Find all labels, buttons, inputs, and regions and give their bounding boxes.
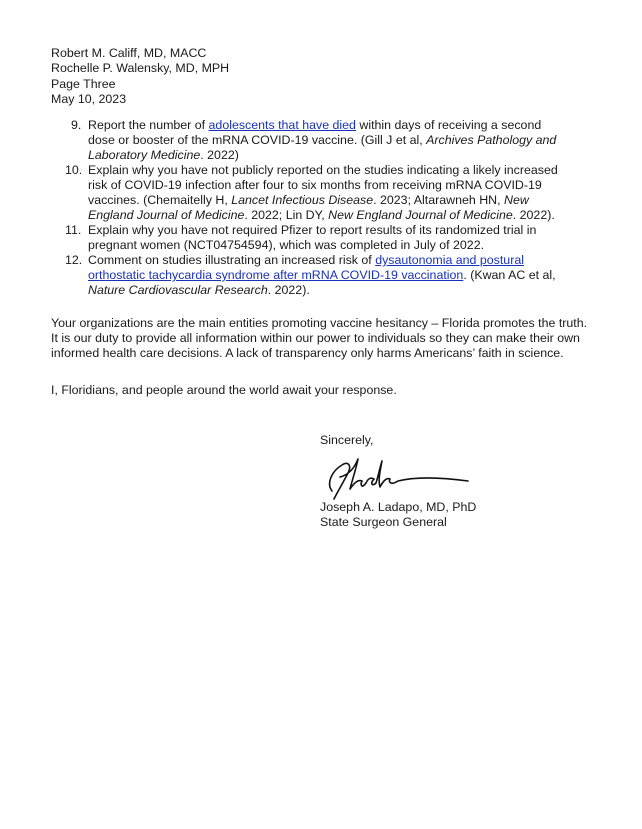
item-text: Report the number of bbox=[88, 118, 209, 132]
recipient-2: Rochelle P. Walensky, MD, MPH bbox=[51, 61, 229, 76]
item-text: Explain why you have not required Pfizer… bbox=[88, 223, 536, 252]
item-text: . 2022) bbox=[200, 148, 239, 162]
adolescents-died-link[interactable]: adolescents that have died bbox=[209, 118, 356, 132]
page-label: Page Three bbox=[51, 77, 229, 92]
item-number: 10. bbox=[65, 163, 87, 178]
list-item: 10. Explain why you have not publicly re… bbox=[65, 163, 565, 223]
item-number: 9. bbox=[71, 118, 93, 133]
item-text: . 2023; Altarawneh HN, bbox=[373, 193, 504, 207]
request-list: 9. Report the number of adolescents that… bbox=[65, 118, 565, 298]
journal-title: Lancet Infectious Disease bbox=[231, 193, 373, 207]
item-text: . 2022). bbox=[268, 283, 310, 297]
closing-salutation: Sincerely, bbox=[320, 433, 373, 448]
signer-title: State Surgeon General bbox=[320, 515, 476, 530]
list-item: 9. Report the number of adolescents that… bbox=[65, 118, 565, 163]
signer-name: Joseph A. Ladapo, MD, PhD bbox=[320, 500, 476, 515]
item-text: . (Kwan AC et al, bbox=[463, 268, 555, 282]
item-number: 11. bbox=[65, 223, 87, 238]
handwritten-signature bbox=[318, 447, 478, 507]
item-text: . 2022). bbox=[513, 208, 555, 222]
letter-header: Robert M. Califf, MD, MACC Rochelle P. W… bbox=[51, 46, 229, 107]
letter-date: May 10, 2023 bbox=[51, 92, 229, 107]
list-item: 12. Comment on studies illustrating an i… bbox=[65, 253, 565, 298]
list-item: 11. Explain why you have not required Pf… bbox=[65, 223, 565, 253]
item-number: 12. bbox=[65, 253, 87, 268]
journal-title: New England Journal of Medicine bbox=[328, 208, 513, 222]
item-text: Comment on studies illustrating an incre… bbox=[88, 253, 375, 267]
signer-block: Joseph A. Ladapo, MD, PhD State Surgeon … bbox=[320, 500, 476, 530]
body-paragraph-1: Your organizations are the main entities… bbox=[51, 316, 591, 361]
item-text: . 2022; Lin DY, bbox=[244, 208, 328, 222]
recipient-1: Robert M. Califf, MD, MACC bbox=[51, 46, 229, 61]
journal-title: Nature Cardiovascular Research bbox=[88, 283, 268, 297]
body-paragraph-2: I, Floridians, and people around the wor… bbox=[51, 383, 591, 398]
